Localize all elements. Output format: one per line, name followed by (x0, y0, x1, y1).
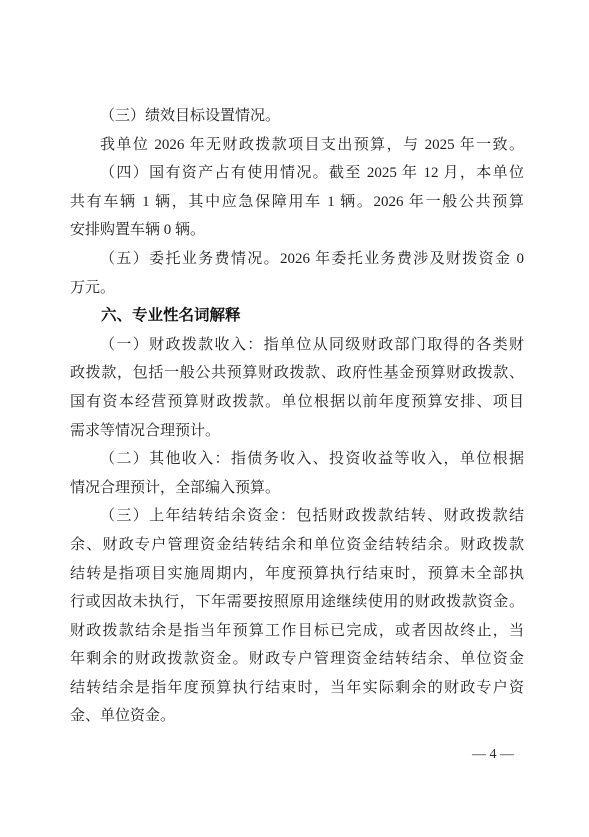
text-line: （四）国有资产占有使用情况。截至 2025 年 12 月，本单位 (70, 159, 524, 188)
text-line: 情况合理预计，全部编入预算。 (70, 474, 524, 503)
text-line: 政拨款，包括一般公共预算财政拨款、政府性基金预算财政拨款、 (70, 359, 524, 388)
text-line: 共有车辆 1 辆，其中应急保障用车 1 辆。2026 年一般公共预算 (70, 188, 524, 217)
text-line: 万元。 (70, 274, 524, 303)
text-line: （五）委托业务费情况。2026 年委托业务费涉及财拨资金 0 (70, 245, 524, 274)
paragraph: （三）上年结转结余资金：包括财政拨款结转、财政拨款结余、财政专户管理资金结转结余… (70, 502, 524, 731)
document-content: （三）绩效目标设置情况。我单位 2026 年无财政拨款项目支出预算，与 2025… (70, 102, 524, 731)
page-number: — 4 — (458, 745, 528, 765)
text-line: 结转是指项目实施周期内，年度预算执行结束时，预算未全部执 (70, 560, 524, 589)
paragraph: （一）财政拨款收入：指单位从同级财政部门取得的各类财政拨款，包括一般公共预算财政… (70, 331, 524, 445)
text-line: 金、单位资金。 (70, 702, 524, 731)
text-line: 需求等情况合理预计。 (70, 417, 524, 446)
heading-line: 六、专业性名词解释 (70, 302, 524, 331)
text-line: 财政拨款结余是指当年预算工作目标已完成，或者因故终止，当 (70, 617, 524, 646)
text-line: 国有资本经营预算财政拨款。单位根据以前年度预算安排、项目 (70, 388, 524, 417)
paragraph: 我单位 2026 年无财政拨款项目支出预算，与 2025 年一致。 (70, 131, 524, 160)
text-line: （一）财政拨款收入：指单位从同级财政部门取得的各类财 (70, 331, 524, 360)
text-line: 结转结余是指年度预算执行结束时，当年实际剩余的财政专户资 (70, 674, 524, 703)
paragraph: （四）国有资产占有使用情况。截至 2025 年 12 月，本单位共有车辆 1 辆… (70, 159, 524, 245)
paragraph: （二）其他收入：指债务收入、投资收益等收入，单位根据情况合理预计，全部编入预算。 (70, 445, 524, 502)
paragraph: （三）绩效目标设置情况。 (70, 102, 524, 131)
text-line: 余、财政专户管理资金结转结余和单位资金结转结余。财政拨款 (70, 531, 524, 560)
paragraph: （五）委托业务费情况。2026 年委托业务费涉及财拨资金 0万元。 (70, 245, 524, 302)
text-line: 年剩余的财政拨款资金。财政专户管理资金结转结余、单位资金 (70, 645, 524, 674)
text-line: 我单位 2026 年无财政拨款项目支出预算，与 2025 年一致。 (70, 131, 524, 160)
text-line: 行或因故未执行，下年需要按照原用途继续使用的财政拨款资金。 (70, 588, 524, 617)
section-heading: 六、专业性名词解释 (70, 302, 524, 331)
text-line: （三）绩效目标设置情况。 (70, 102, 524, 131)
text-line: 安排购置车辆 0 辆。 (70, 216, 524, 245)
document-page: （三）绩效目标设置情况。我单位 2026 年无财政拨款项目支出预算，与 2025… (0, 0, 589, 837)
text-line: （二）其他收入：指债务收入、投资收益等收入，单位根据 (70, 445, 524, 474)
text-line: （三）上年结转结余资金：包括财政拨款结转、财政拨款结 (70, 502, 524, 531)
